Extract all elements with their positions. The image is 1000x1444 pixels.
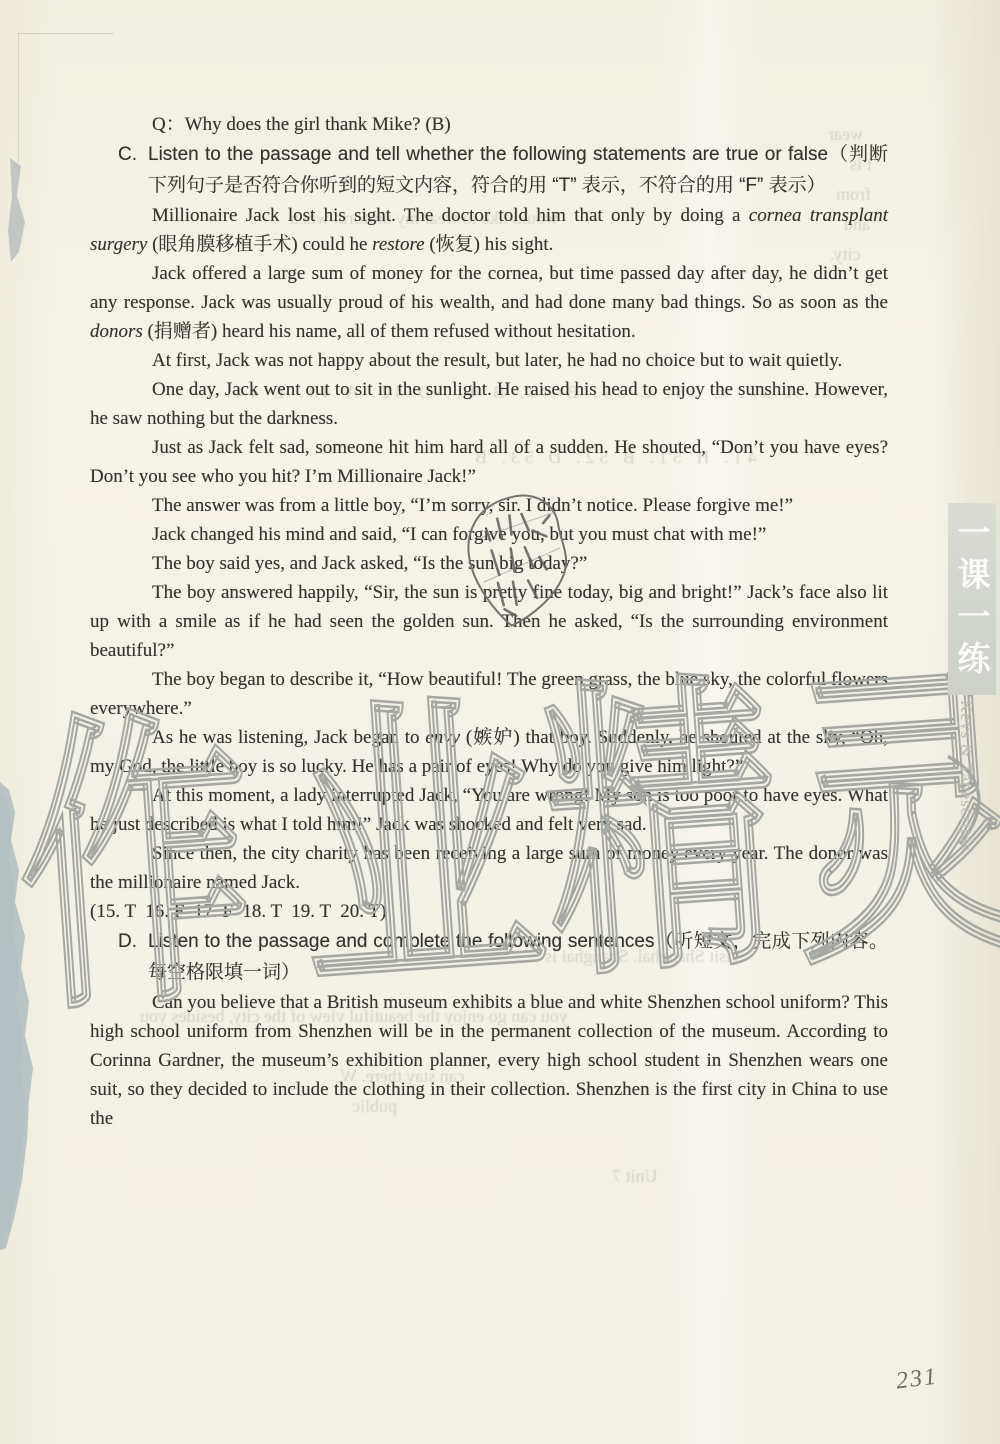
paper-crease: [18, 33, 114, 34]
passage-paragraph: Jack offered a large sum of money for th…: [90, 259, 888, 346]
scanned-workbook-page: 36. A 37. C 38. C 39. B 40. B 41. D 42. …: [0, 0, 1000, 1444]
passage-paragraph: One day, Jack went out to sit in the sun…: [90, 375, 888, 433]
listening-item-c: C. Listen to the passage and tell whethe…: [118, 139, 888, 201]
passage-paragraph: Jack changed his mind and said, “I can f…: [90, 520, 888, 549]
item-instruction: Listen to the passage and tell whether t…: [148, 139, 888, 201]
page-number: 231: [895, 1364, 940, 1396]
passage-paragraph: The boy began to describe it, “How beaut…: [90, 665, 888, 723]
page-text-column: Q：Why does the girl thank Mike? (B) C. L…: [90, 110, 888, 1133]
series-title-vertical: 一课一练: [949, 515, 996, 683]
item-label: D.: [118, 926, 148, 988]
item-label: C.: [118, 139, 148, 201]
bleed-text-fragment: Unit 7: [612, 1166, 658, 1187]
keys-tapescripts-label: Keys & Tapescripts: [956, 700, 976, 910]
passage-paragraph: The boy said yes, and Jack asked, “Is th…: [90, 549, 888, 578]
passage-paragraph: Since then, the city charity has been re…: [90, 839, 888, 897]
passage-paragraph: Millionaire Jack lost his sight. The doc…: [90, 201, 888, 259]
passage-paragraph: As he was listening, Jack began to envy …: [90, 723, 888, 781]
passage-paragraph: Can you believe that a British museum ex…: [90, 988, 888, 1133]
passage-paragraph: At first, Jack was not happy about the r…: [90, 346, 888, 375]
listening-item-d: D. Listen to the passage and complete th…: [118, 926, 888, 988]
paper-crease: [18, 33, 19, 163]
passage-paragraph: At this moment, a lady interrupted Jack,…: [90, 781, 888, 839]
item-instruction: Listen to the passage and complete the f…: [148, 926, 888, 988]
passage-paragraph: The answer was from a little boy, “I’m s…: [90, 491, 888, 520]
sidebar-band: 一课一练: [948, 503, 996, 695]
passage-paragraph: The boy answered happily, “Sir, the sun …: [90, 578, 888, 665]
question-line: Q：Why does the girl thank Mike? (B): [90, 110, 888, 139]
answer-key-line: (15. T 16. F 17. F 18. T 19. T 20. T): [90, 897, 888, 926]
passage-paragraph: Just as Jack felt sad, someone hit him h…: [90, 433, 888, 491]
